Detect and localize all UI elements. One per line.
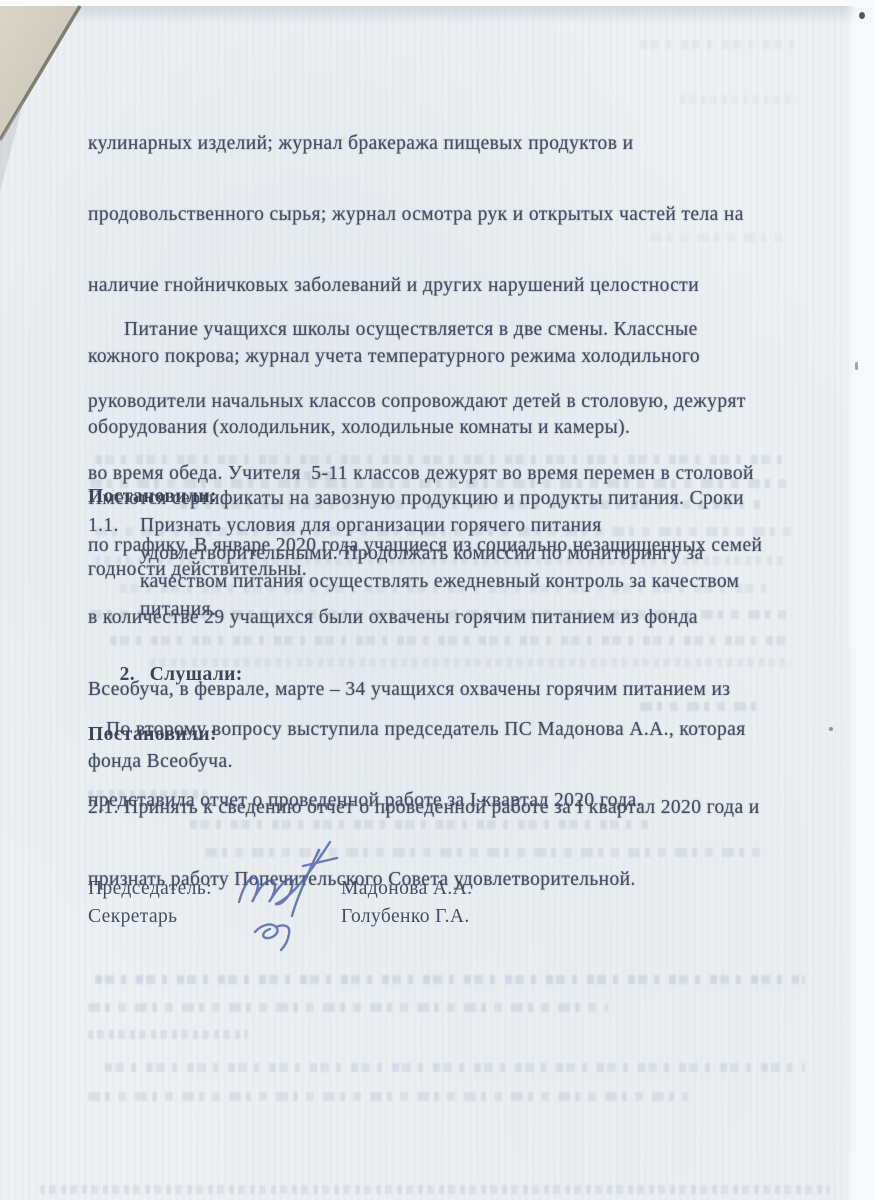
- text-line: питания.: [140, 596, 739, 624]
- text-line: Признать условия для организации горячег…: [140, 512, 739, 540]
- secretary-label: Секретарь: [88, 906, 177, 928]
- document-text: кулинарных изделий; журнал бракеража пищ…: [0, 0, 875, 1200]
- text-line: 2.1. Принять к сведению отчет о проведен…: [88, 794, 760, 822]
- text-line: продовольственного сырья; журнал осмотра…: [88, 201, 744, 228]
- text-line: руководители начальных классов сопровожд…: [88, 388, 762, 416]
- text-line: удовлетворительными. Продолжать комиссии…: [140, 540, 739, 568]
- handwritten-signatures: [233, 836, 363, 956]
- text-line: качеством питания осуществлять ежедневны…: [140, 568, 739, 596]
- chair-label: Председатель:: [88, 878, 212, 900]
- text-line: во время обеда. Учителя 5-11 классов деж…: [88, 460, 762, 488]
- text-line: кулинарных изделий; журнал бракеража пищ…: [88, 130, 744, 157]
- scanned-page: кулинарных изделий; журнал бракеража пищ…: [0, 0, 875, 1200]
- resolution-1-heading: Постановили:: [88, 486, 217, 508]
- resolution-2-heading: Постановили:: [88, 724, 217, 746]
- text-line: Питание учащихся школы осуществляется в …: [88, 316, 762, 344]
- item-number: 1.1.: [88, 512, 119, 540]
- resolution-1-item: 1.1. Признать условия для организации го…: [88, 512, 739, 624]
